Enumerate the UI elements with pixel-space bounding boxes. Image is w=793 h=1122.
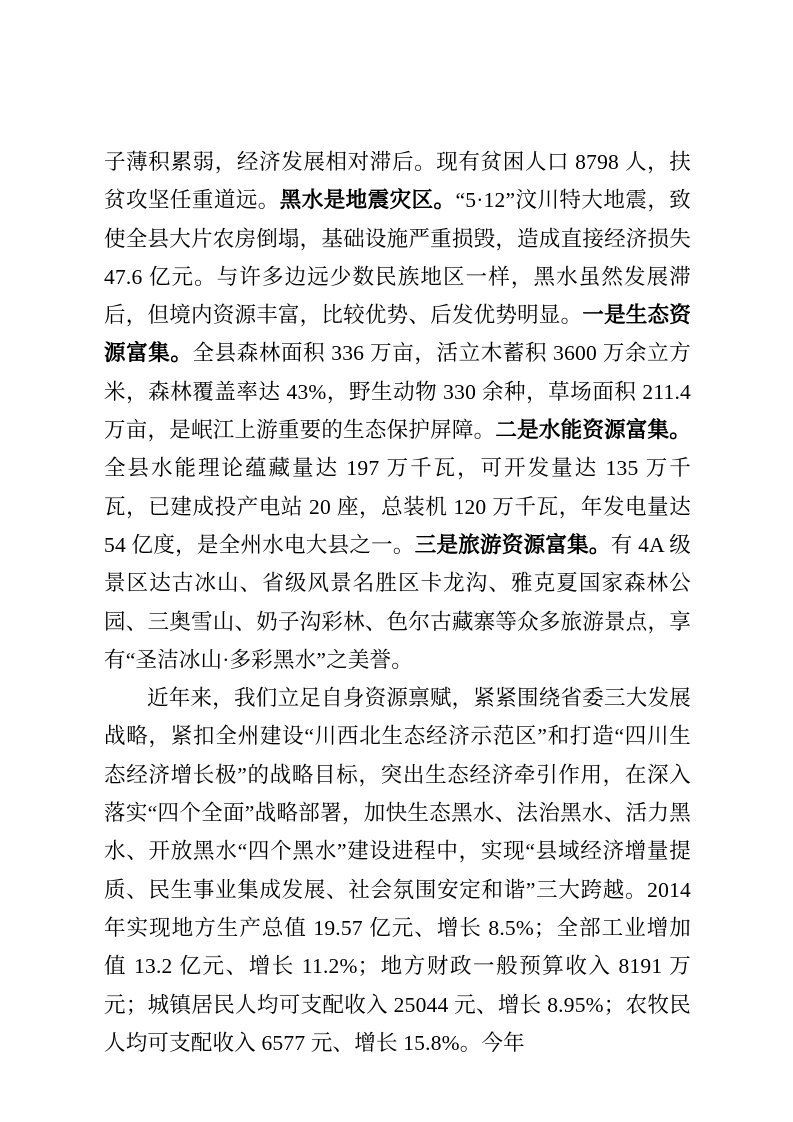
bold-heading-earthquake-zone: 黑水是地震灾区。 [280,188,456,212]
paragraph-county-overview: 子薄积累弱，经济发展相对滞后。现有贫困人口 8798 人，扶贫攻坚任重道远。黑水… [104,143,691,679]
paragraph-recent-years-development: 近年来，我们立足自身资源禀赋，紧紧围绕省委三大发展战略，紧扣全州建设“川西北生态… [104,679,691,1062]
bold-heading-tourism-resources: 三是旅游资源富集。 [415,533,611,557]
text-run: 近年来，我们立足自身资源禀赋，紧紧围绕省委三大发展战略，紧扣全州建设“川西北生态… [104,686,691,1055]
bold-heading-hydropower-resources: 二是水能资源富集。 [495,418,691,442]
document-page: 子薄积累弱，经济发展相对滞后。现有贫困人口 8798 人，扶贫攻坚任重道远。黑水… [0,0,793,1122]
document-text-block: 子薄积累弱，经济发展相对滞后。现有贫困人口 8798 人，扶贫攻坚任重道远。黑水… [104,143,691,1062]
